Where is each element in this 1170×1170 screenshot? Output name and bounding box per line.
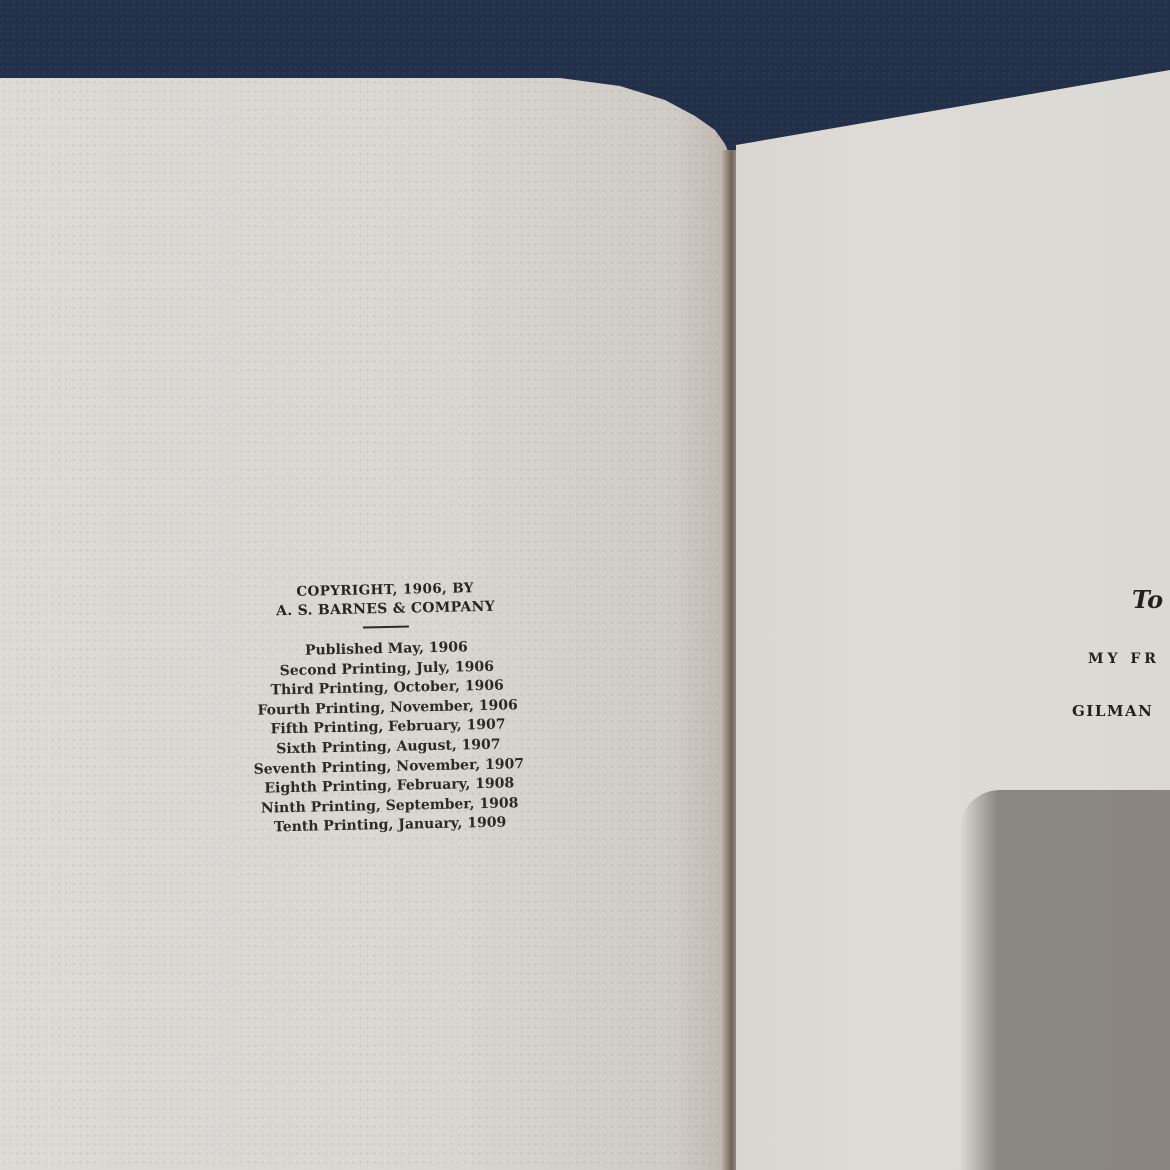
- dedication-line-2: GILMAN: [1072, 702, 1153, 720]
- copyright-block: COPYRIGHT, 1906, BY A. S. BARNES & COMPA…: [235, 579, 540, 839]
- divider-rule: [363, 626, 409, 629]
- hand-shadow: [960, 790, 1170, 1170]
- book-gutter: [722, 150, 738, 1170]
- publisher-name: A. S. BARNES & COMPANY: [235, 598, 535, 620]
- dedication-title: To: [1132, 585, 1163, 614]
- dedication-line-1: MY FR: [1088, 651, 1160, 667]
